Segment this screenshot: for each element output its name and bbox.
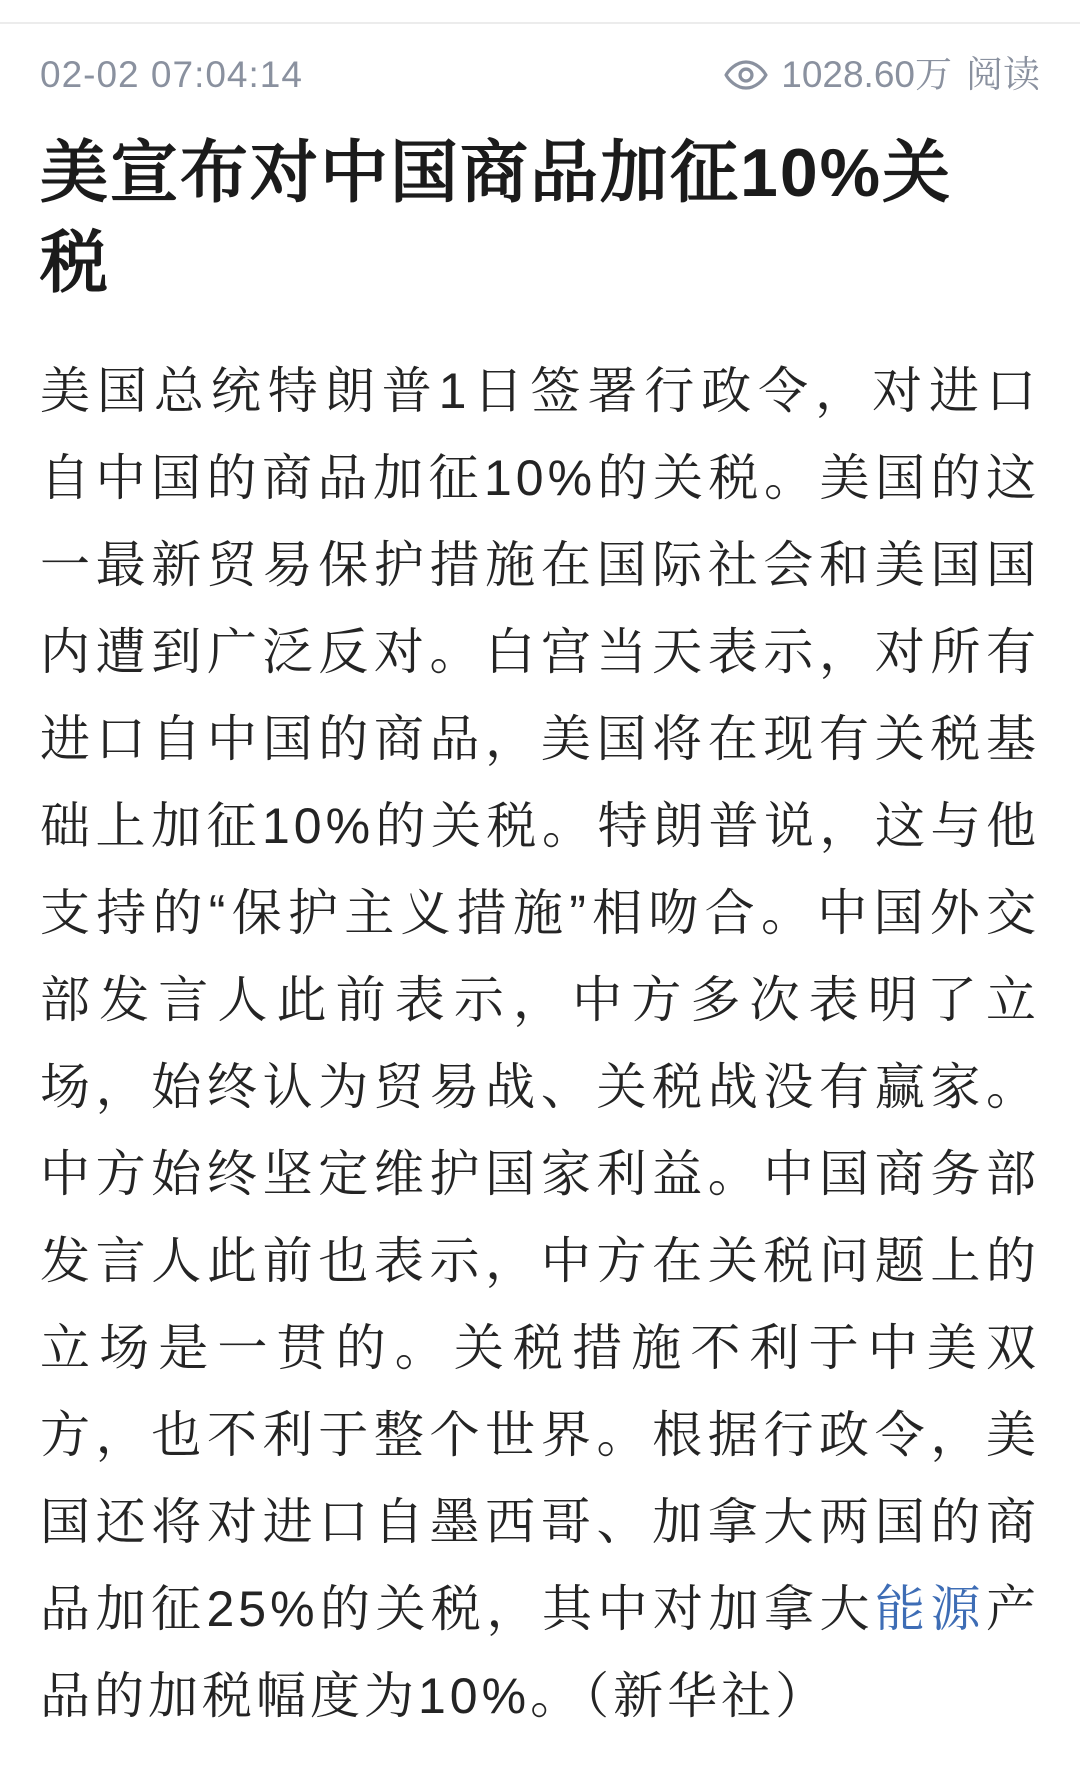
read-count-group: 1028.60万 阅读	[723, 52, 1040, 98]
top-divider	[0, 22, 1080, 24]
body-text-before-link: 美国总统特朗普1日签署行政令，对进口自中国的商品加征10%的关税。美国的这一最新…	[40, 363, 1040, 1637]
read-count-label: 阅读	[966, 54, 1040, 96]
energy-topic-link[interactable]: 能源	[875, 1581, 986, 1637]
article-body: 美国总统特朗普1日签署行政令，对进口自中国的商品加征10%的关税。美国的这一最新…	[40, 348, 1040, 1740]
read-count-value: 1028.60万	[781, 54, 952, 96]
article-page: 02-02 07:04:14 1028.60万 阅读 美宣布对中国商品加征10%…	[0, 0, 1080, 1769]
article-meta-row: 02-02 07:04:14 1028.60万 阅读	[0, 52, 1080, 98]
publish-timestamp: 02-02 07:04:14	[40, 54, 303, 96]
article-title: 美宣布对中国商品加征10%关税	[40, 128, 1000, 308]
eye-icon	[723, 52, 769, 98]
